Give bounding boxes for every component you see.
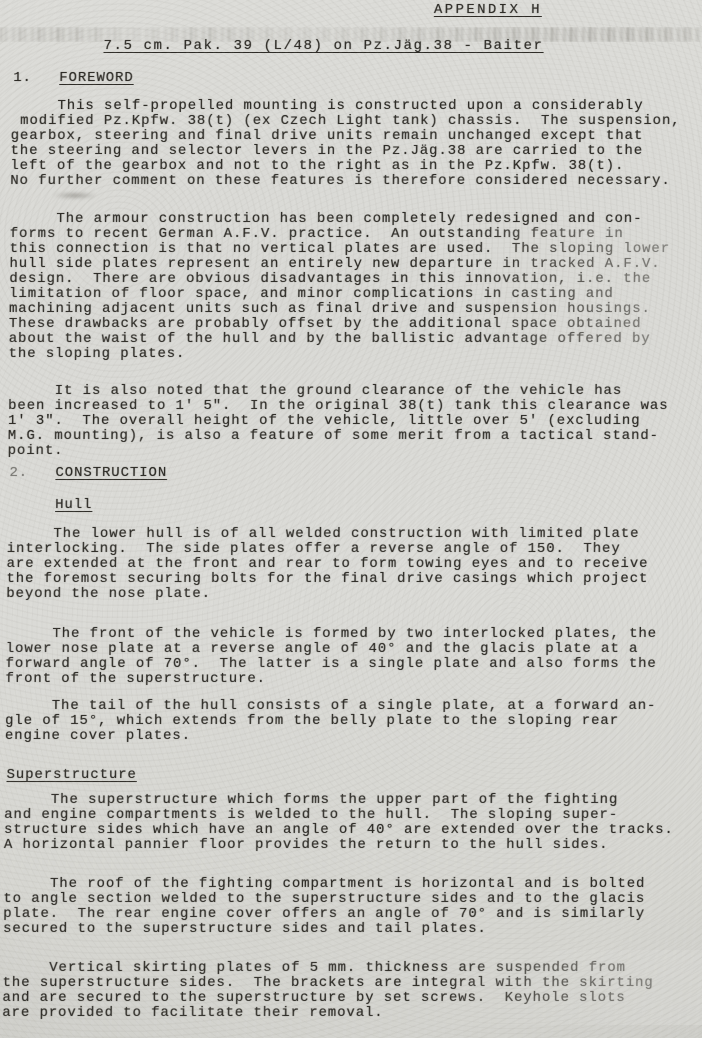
section-number-1: 1.: [13, 71, 59, 86]
section-heading-label: CONSTRUCTION: [55, 465, 167, 481]
subsection-heading-superstructure: Superstructure: [6, 768, 136, 783]
foreword-paragraph-1: This self-propelled mounting is construc…: [10, 99, 681, 189]
document-content: APPENDIX H 7.5 cm. Pak. 39 (L/48) on Pz.…: [0, 0, 702, 1038]
superstructure-paragraph-2: The roof of the fighting compartment is …: [3, 877, 645, 937]
hull-paragraph-3: The tail of the hull consists of a singl…: [5, 699, 657, 744]
appendix-label: APPENDIX H: [434, 3, 542, 18]
section-heading-construction: 2.CONSTRUCTION: [9, 466, 167, 481]
hull-paragraph-2: The front of the vehicle is formed by tw…: [5, 627, 657, 687]
section-number-2: 2.: [9, 466, 55, 481]
foreword-paragraph-3: It is also noted that the ground clearan…: [8, 384, 669, 459]
section-heading-foreword: 1.FOREWORD: [13, 71, 134, 86]
scanned-document-page: APPENDIX H 7.5 cm. Pak. 39 (L/48) on Pz.…: [0, 0, 702, 1038]
foreword-paragraph-2: The armour construction has been complet…: [9, 212, 671, 362]
subsection-heading-hull: Hull: [55, 498, 92, 513]
superstructure-paragraph-1: The superstructure which forms the upper…: [4, 793, 674, 853]
hull-paragraph-1: The lower hull is of all welded construc…: [6, 527, 649, 602]
superstructure-paragraph-3: Vertical skirting plates of 5 mm. thickn…: [2, 961, 654, 1021]
section-heading-label: FOREWORD: [59, 70, 134, 86]
document-title: 7.5 cm. Pak. 39 (L/48) on Pz.Jäg.38 - Ba…: [103, 39, 543, 54]
